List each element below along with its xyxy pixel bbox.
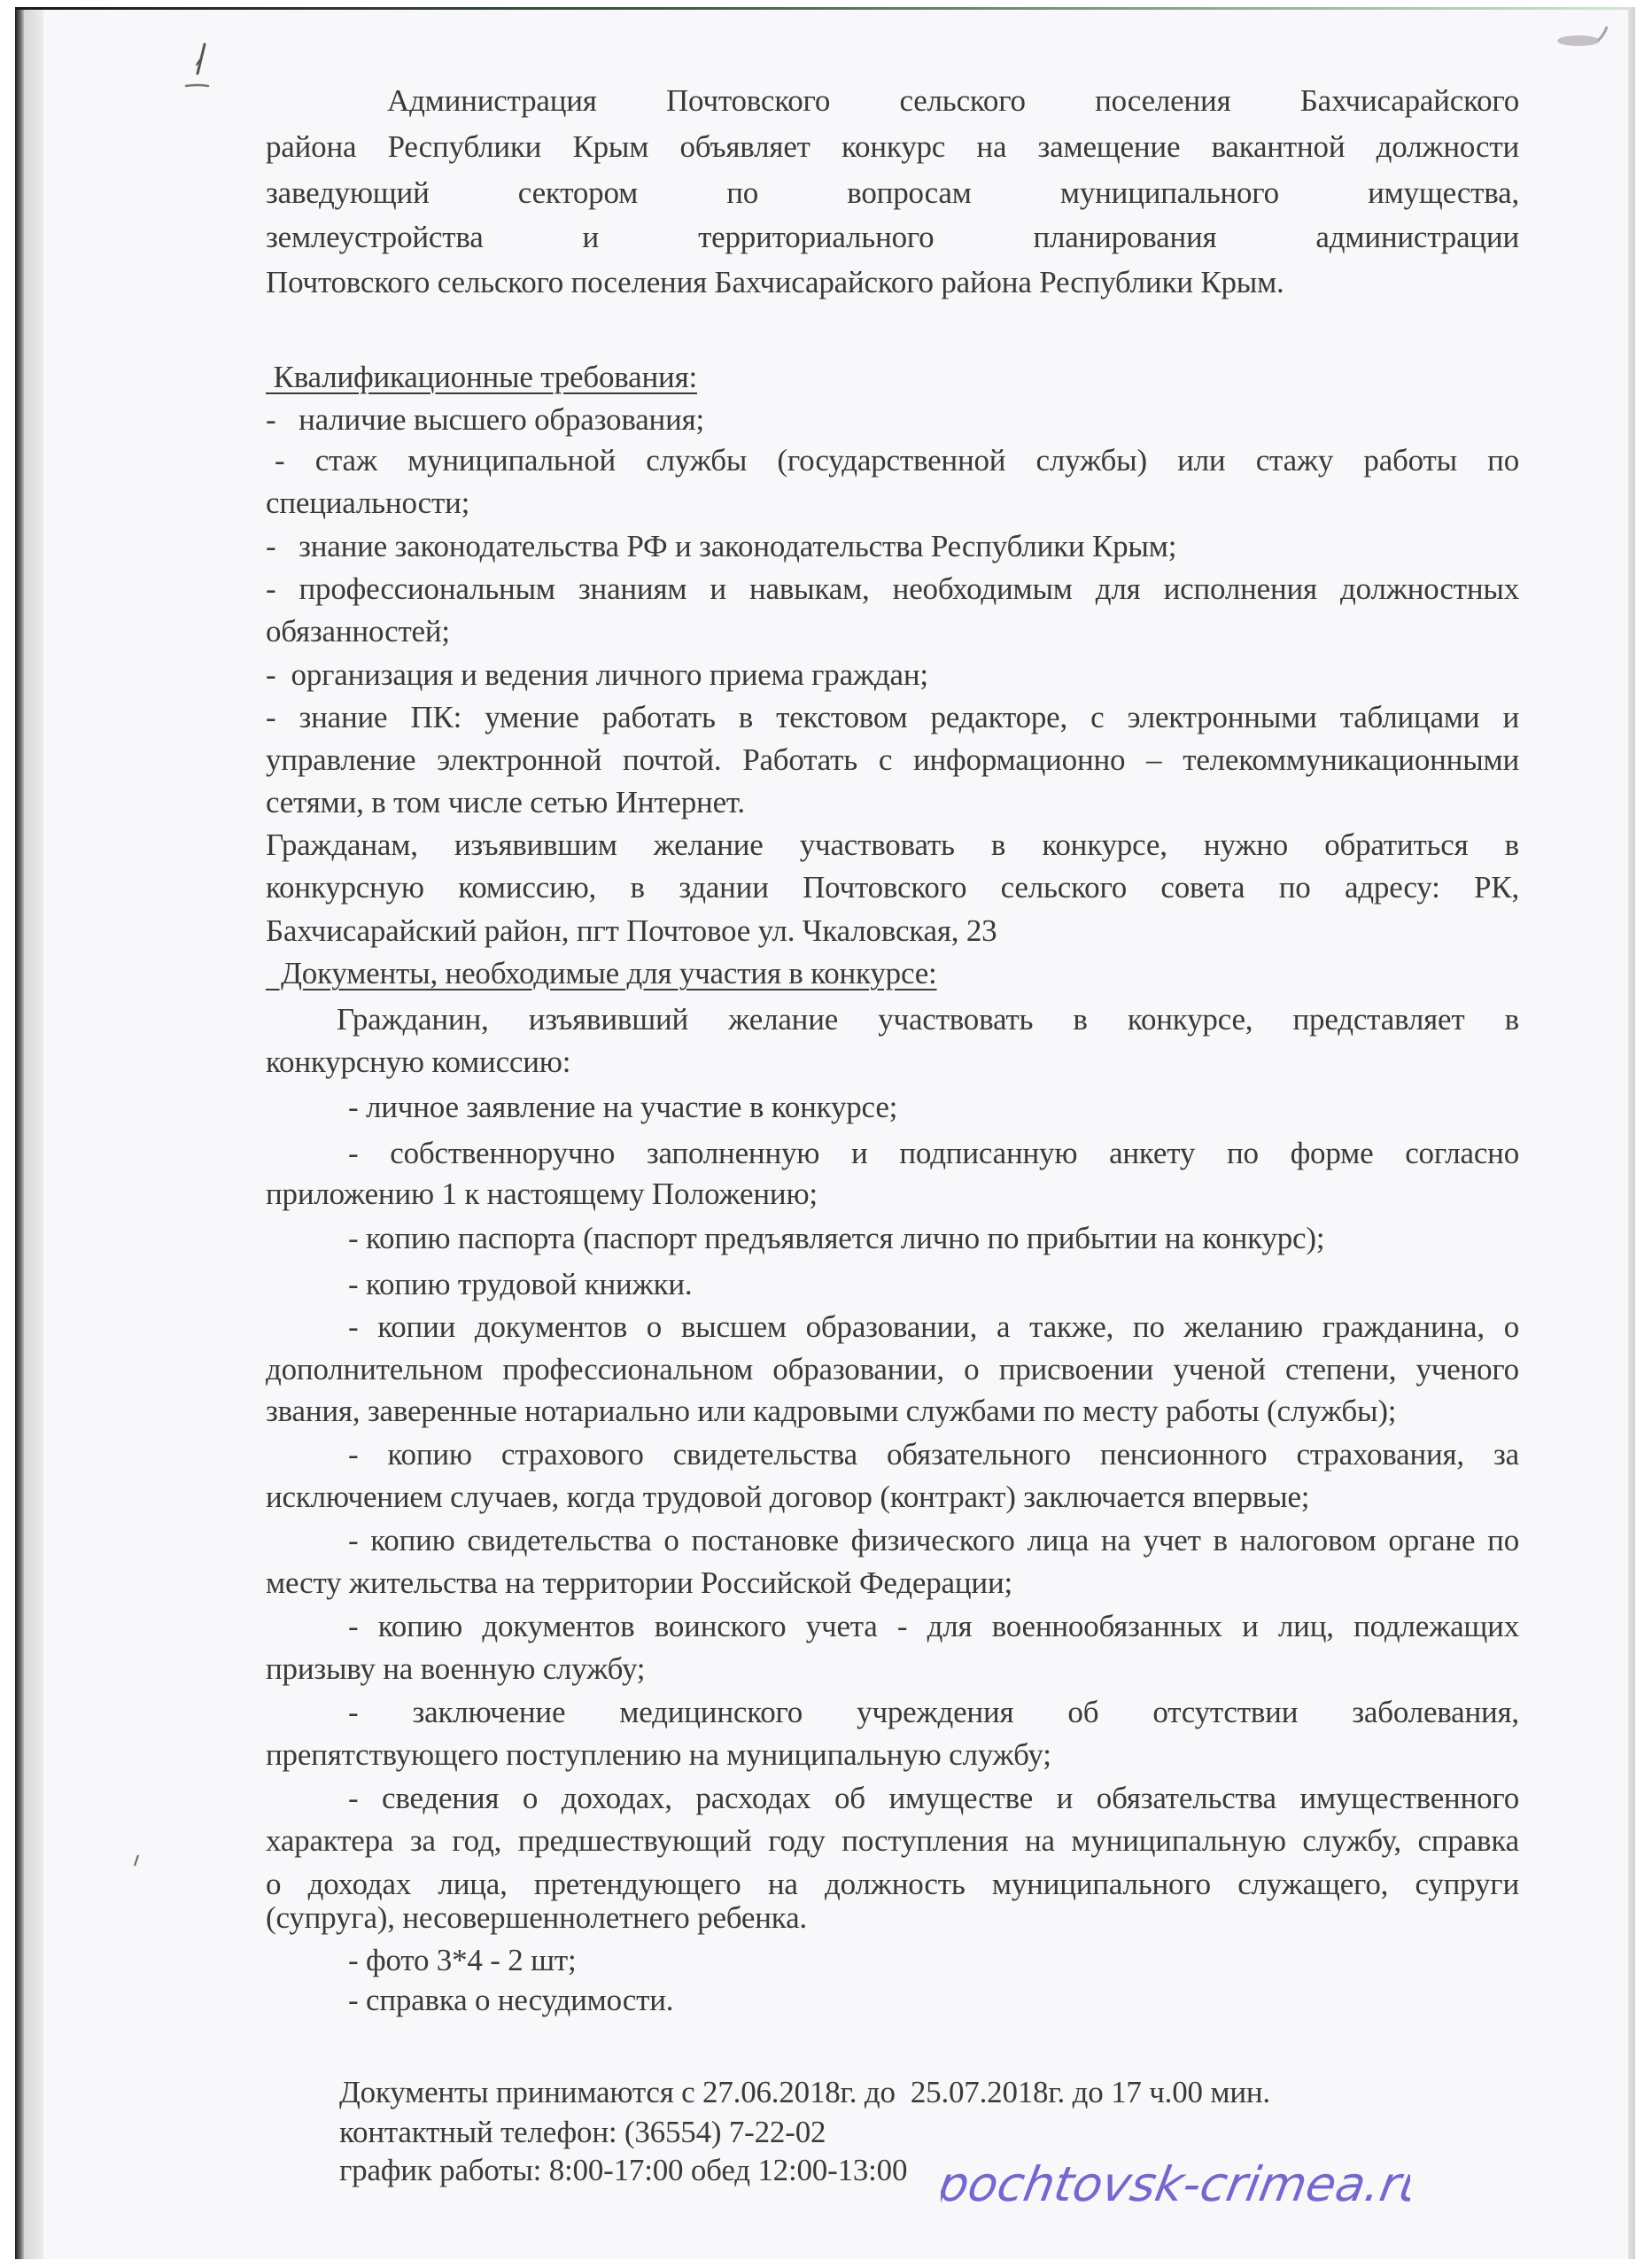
scan-left-strip xyxy=(24,7,43,2259)
document-item: - справка о несудимости. xyxy=(348,1983,673,2018)
document-item: - копию документов воинского учета - для… xyxy=(348,1609,1519,1644)
qualification-item: обязанностей; xyxy=(266,614,450,649)
document-item: - сведения о доходах, расходах об имущес… xyxy=(348,1781,1519,1816)
document-item: - личное заявление на участие в конкурсе… xyxy=(348,1090,897,1125)
contact-phone: контактный телефон: (36554) 7-22-02 xyxy=(339,2115,826,2150)
document-item-cont: призыву на военную службу; xyxy=(266,1651,645,1687)
document-item: - копию паспорта (паспорт предъявляется … xyxy=(348,1221,1324,1256)
contact-line: конкурсную комиссию, в здании Почтовског… xyxy=(266,870,1519,905)
handwritten-url-text: pochtovsk-crimea.ru xyxy=(941,2155,1410,2212)
document-item-cont: (супруга), несовершеннолетнего ребенка. xyxy=(266,1900,807,1936)
stray-pen-mark xyxy=(131,1853,142,1868)
qualification-item: сетями, в том числе сетью Интернет. xyxy=(266,785,745,820)
announcement-line: Почтовского сельского поселения Бахчисар… xyxy=(266,265,1284,300)
scan-top-edge xyxy=(15,7,1630,10)
announcement-line: заведующий сектором по вопросам муниципа… xyxy=(266,175,1519,211)
qualification-item: - знание законодательства РФ и законодат… xyxy=(266,529,1176,564)
handwritten-website-url: pochtovsk-crimea.ru xyxy=(941,2151,1410,2226)
work-schedule: график работы: 8:00-17:00 обед 12:00-13:… xyxy=(339,2153,907,2188)
document-item-cont: дополнительном профессиональном образова… xyxy=(266,1352,1519,1387)
qualification-item: управление электронной почтой. Работать … xyxy=(266,742,1519,778)
document-item: - собственноручно заполненную и подписан… xyxy=(348,1136,1519,1171)
document-item-cont: о доходах лица, претендующего на должнос… xyxy=(266,1867,1519,1902)
document-item: - фото 3*4 - 2 шт; xyxy=(348,1943,576,1978)
scan-right-edge xyxy=(1628,7,1635,2259)
acceptance-dates: Документы принимаются с 27.06.2018г. до … xyxy=(339,2075,1270,2110)
qualification-item: - наличие высшего образования; xyxy=(266,402,704,438)
contact-line: Бахчисарайский район, пгт Почтовое ул. Ч… xyxy=(266,913,997,949)
document-item: - копии документов о высшем образовании,… xyxy=(348,1309,1519,1345)
document-item: - копию трудовой книжки. xyxy=(348,1267,692,1302)
document-item: - копию свидетельства о постановке физич… xyxy=(348,1523,1519,1558)
document-item-cont: приложению 1 к настоящему Положению; xyxy=(266,1177,818,1212)
announcement-line: землеустройства и территориального плани… xyxy=(266,220,1519,255)
document-item-cont: месту жительства на территории Российско… xyxy=(266,1565,1012,1601)
qualification-item: - стаж муниципальной службы (государстве… xyxy=(275,443,1519,478)
contact-line: Гражданам, изъявившим желание участвоват… xyxy=(266,827,1519,863)
announcement-line: района Республики Крым объявляет конкурс… xyxy=(266,129,1519,165)
qualification-item: специальности; xyxy=(266,485,469,521)
qualification-item: - знание ПК: умение работать в текстовом… xyxy=(266,700,1519,735)
documents-intro: Гражданин, изъявивший желание участвоват… xyxy=(337,1002,1519,1037)
document-item: - заключение медицинского учреждения об … xyxy=(348,1695,1519,1730)
qualification-item: - профессиональным знаниям и навыкам, не… xyxy=(266,571,1519,607)
ink-smudge xyxy=(1552,25,1614,51)
document-item-cont: препятствующего поступлению на муниципал… xyxy=(266,1737,1051,1773)
document-item-cont: звания, заверенные нотариально или кадро… xyxy=(266,1394,1396,1429)
scan-left-edge xyxy=(15,7,24,2259)
document-item: - копию страхового свидетельства обязате… xyxy=(348,1437,1519,1472)
documents-heading: Документы, необходимые для участия в кон… xyxy=(266,956,937,991)
documents-intro: конкурсную комиссию: xyxy=(266,1045,570,1080)
qualifications-heading: Квалификационные требования: xyxy=(266,360,697,395)
qualification-item: - организация и ведения личного приема г… xyxy=(266,657,928,693)
announcement-line: Администрация Почтовского сельского посе… xyxy=(387,83,1519,119)
document-item-cont: характера за год, предшествующий году по… xyxy=(266,1823,1519,1859)
handwritten-page-number-mark xyxy=(182,40,217,93)
document-item-cont: исключением случаев, когда трудовой дого… xyxy=(266,1480,1309,1515)
